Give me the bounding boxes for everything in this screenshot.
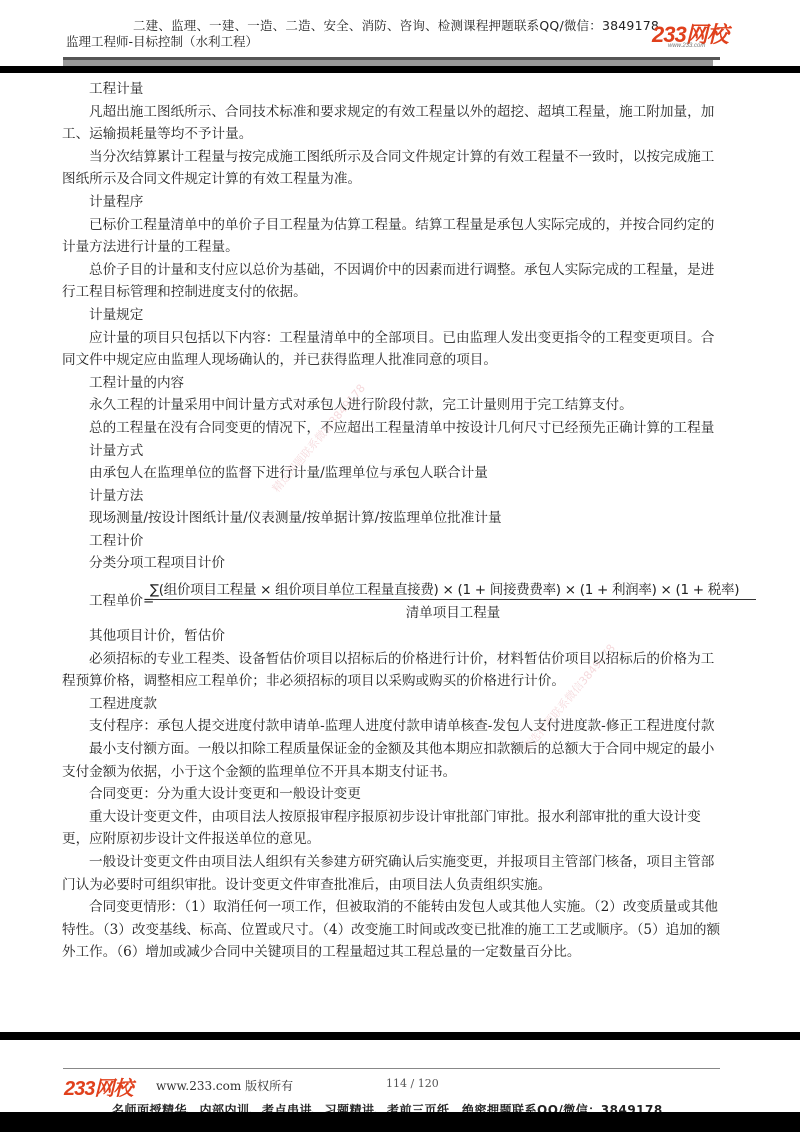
paragraph: 总价子目的计量和支付应以总价为基础，不因调价中的因素而进行调整。承包人实际完成的… [62, 259, 722, 304]
paragraph: 合同变更情形：（1）取消任何一项工作，但被取消的不能转由发包人或其他人实施。（2… [62, 896, 722, 964]
section-heading: 计量方式 [62, 440, 722, 463]
fraction-bar [150, 599, 756, 600]
page-number: 114 / 120 [386, 1077, 439, 1090]
section-heading: 工程计价 [62, 530, 722, 553]
paragraph: 合同变更：分为重大设计变更和一般设计变更 [62, 783, 722, 806]
footer-brand-logo: 233网校 [64, 1072, 132, 1101]
paragraph: 由承包人在监理单位的监督下进行计量/监理单位与承包人联合计量 [62, 462, 722, 485]
section-heading: 工程计量的内容 [62, 372, 722, 395]
section-heading: 工程进度款 [62, 693, 722, 716]
page-edge-band [0, 66, 800, 73]
paragraph: 总的工程量在没有合同变更的情况下，不应超出工程量清单中按设计几何尺寸已经预先正确… [62, 417, 722, 440]
paragraph: 应计量的项目只包括以下内容：工程量清单中的全部项目。已由监理人发出变更指令的工程… [62, 327, 722, 372]
paragraph: 分类分项工程项目计价 [62, 552, 722, 575]
paragraph: 一般设计变更文件由项目法人组织有关参建方研究确认后实施变更，并报项目主管部门核备… [62, 851, 722, 896]
paragraph: 现场测量/按设计图纸计量/仪表测量/按单据计算/按监理单位批准计量 [62, 507, 722, 530]
formula-lhs: 工程单价= [89, 590, 154, 613]
page-break-band [0, 1032, 800, 1040]
unit-price-formula: 工程单价= ∑(组价项目工程量 × 组价项目单位工程量直接费) × (1 + 间… [62, 579, 722, 623]
section-heading: 其他项目计价，暂估价 [62, 625, 722, 648]
paragraph: 已标价工程量清单中的单价子目工程量为估算工程量。结算工程量是承包人实际完成的，并… [62, 214, 722, 259]
paragraph: 支付程序：承包人提交进度付款申请单-监理人进度付款申请单核查-发包人支付进度款-… [62, 715, 722, 738]
section-heading: 计量方法 [62, 485, 722, 508]
section-heading: 计量规定 [62, 304, 722, 327]
footer-copyright: www.233.com 版权所有 [156, 1077, 293, 1094]
paragraph: 最小支付额方面。一般以扣除工程质量保证金的金额及其他本期应扣款额后的总额大于合同… [62, 738, 722, 783]
brand-logo-url: www.233.com [668, 43, 705, 49]
footer-divider [63, 1068, 720, 1069]
paragraph: 必须招标的专业工程类、设备暂估价项目以招标后的价格进行计价，材料暂估价项目以招标… [62, 648, 722, 693]
paragraph: 当分次结算累计工程量与按完成施工图纸所示及合同文件规定计算的有效工程量不一致时，… [62, 146, 722, 191]
paragraph: 重大设计变更文件，由项目法人按原报审程序报原初步设计审批部门审批。报水利部审批的… [62, 806, 722, 851]
document-subtitle: 监理工程师-目标控制（水利工程） [66, 32, 258, 50]
section-heading: 工程计量 [62, 78, 722, 101]
paragraph: 凡超出施工图纸所示、合同技术标准和要求规定的有效工程量以外的超挖、超填工程量，施… [62, 101, 722, 146]
formula-denominator: 清单项目工程量 [150, 602, 756, 625]
section-heading: 计量程序 [62, 191, 722, 214]
document-body: 工程计量 凡超出施工图纸所示、合同技术标准和要求规定的有效工程量以外的超挖、超填… [62, 78, 722, 964]
paragraph: 永久工程的计量采用中间计量方式对承包人进行阶段付款，完工计量则用于完工结算支付。 [62, 394, 722, 417]
page-edge-band-bottom [0, 1112, 800, 1132]
